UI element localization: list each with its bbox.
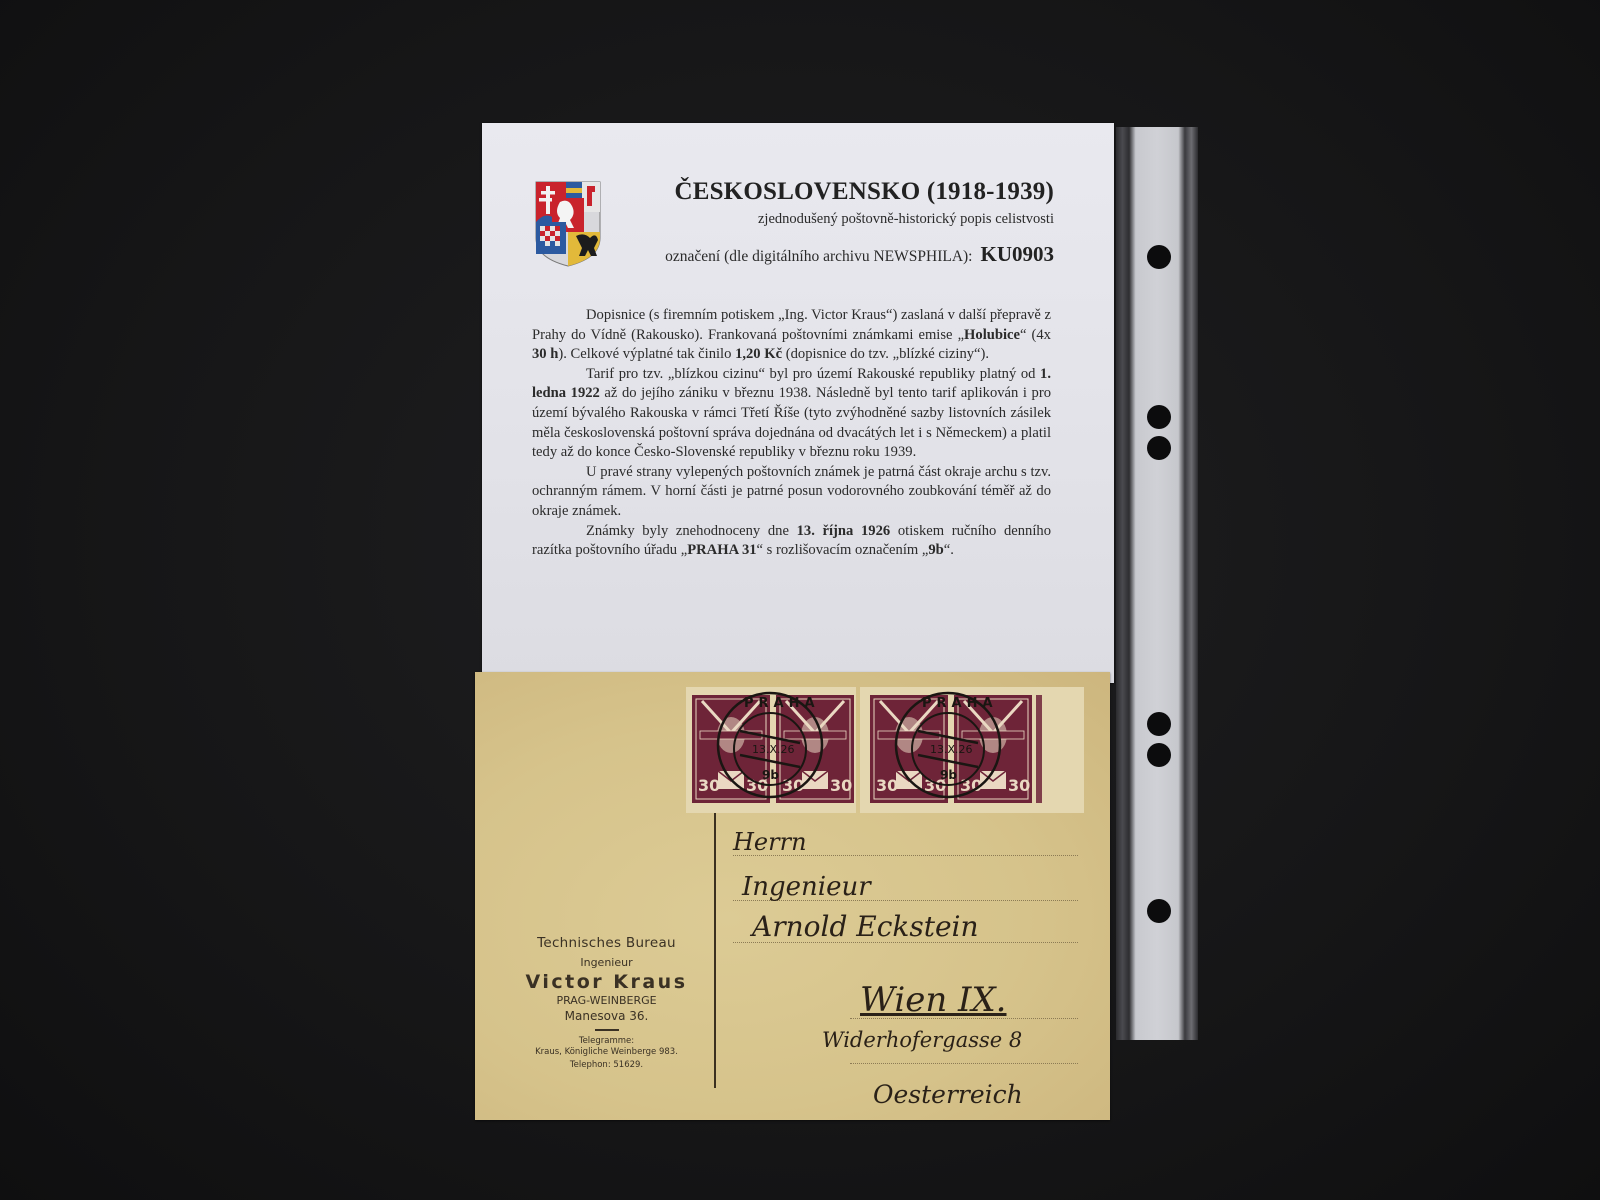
svg-text:13.X.26: 13.X.26: [752, 743, 795, 756]
svg-text:13.X.26: 13.X.26: [930, 743, 973, 756]
punch-hole: [1147, 405, 1171, 429]
description-text: Dopisnice (s firemním potiskem „Ing. Vic…: [532, 306, 1051, 561]
sender-telegram-label: Telegramme:: [494, 1036, 719, 1046]
punch-hole: [1147, 712, 1171, 736]
page-title: ČESKOSLOVENSKO (1918-1939): [674, 178, 1054, 206]
sender-city: PRAG-WEINBERGE: [494, 994, 719, 1007]
svg-text:9b: 9b: [762, 768, 779, 782]
description-paragraph: U pravé strany vylepených poštovních zná…: [532, 463, 1051, 522]
page-subtitle: zjednodušený poštovně-historický popis c…: [758, 211, 1054, 228]
address-country: Oesterreich: [873, 1080, 1023, 1109]
address-name: Arnold Eckstein: [752, 910, 979, 943]
svg-text:30: 30: [830, 776, 852, 795]
svg-text:30: 30: [698, 776, 720, 795]
description-paragraph: Tarif pro tzv. „blízkou cizinu“ byl pro …: [532, 365, 1051, 463]
description-paragraph: Dopisnice (s firemním potiskem „Ing. Vic…: [532, 306, 1051, 365]
stamp-strip: 303030303030303013.X.269bPRAHA13.X.269bP…: [680, 683, 1092, 818]
address-salutation: Herrn: [733, 828, 807, 856]
svg-text:PRAHA: PRAHA: [744, 696, 820, 711]
sender-imprint: Technisches Bureau Ingenieur Victor Krau…: [494, 935, 719, 1070]
sender-line-2: Ingenieur: [494, 956, 719, 969]
postmark: 13.X.269bPRAHA: [718, 693, 822, 797]
svg-text:PRAHA: PRAHA: [922, 696, 998, 711]
sender-name: Victor Kraus: [494, 971, 719, 993]
svg-text:30: 30: [876, 776, 898, 795]
sender-street: Manesova 36.: [494, 1009, 719, 1023]
address-title: Ingenieur: [742, 872, 871, 902]
address-line: [850, 1063, 1078, 1064]
sender-telephone: Telephon: 51629.: [494, 1060, 719, 1070]
description-paragraph: Známky byly znehodnoceny dne 13. října 1…: [532, 522, 1051, 561]
archive-label: označení (dle digitálního archivu NEWSPH…: [665, 248, 972, 265]
sender-rule: [595, 1029, 619, 1031]
address-street: Widerhofergasse 8: [822, 1028, 1022, 1052]
czechoslovak-coat-of-arms-icon: [532, 178, 604, 268]
svg-text:9b: 9b: [940, 768, 957, 782]
punch-hole: [1147, 245, 1171, 269]
punch-hole: [1147, 743, 1171, 767]
sender-telegram: Kraus, Königliche Weinberge 983.: [494, 1047, 719, 1057]
address-city: Wien IX.: [860, 980, 1007, 1020]
punch-hole: [1147, 899, 1171, 923]
svg-text:30: 30: [1008, 776, 1030, 795]
punch-hole: [1147, 436, 1171, 460]
postmark: 13.X.269bPRAHA: [896, 693, 1000, 797]
sender-line-1: Technisches Bureau: [494, 935, 719, 951]
archive-code: KU0903: [981, 242, 1055, 266]
archive-reference: označení (dle digitálního archivu NEWSPH…: [665, 242, 1054, 267]
